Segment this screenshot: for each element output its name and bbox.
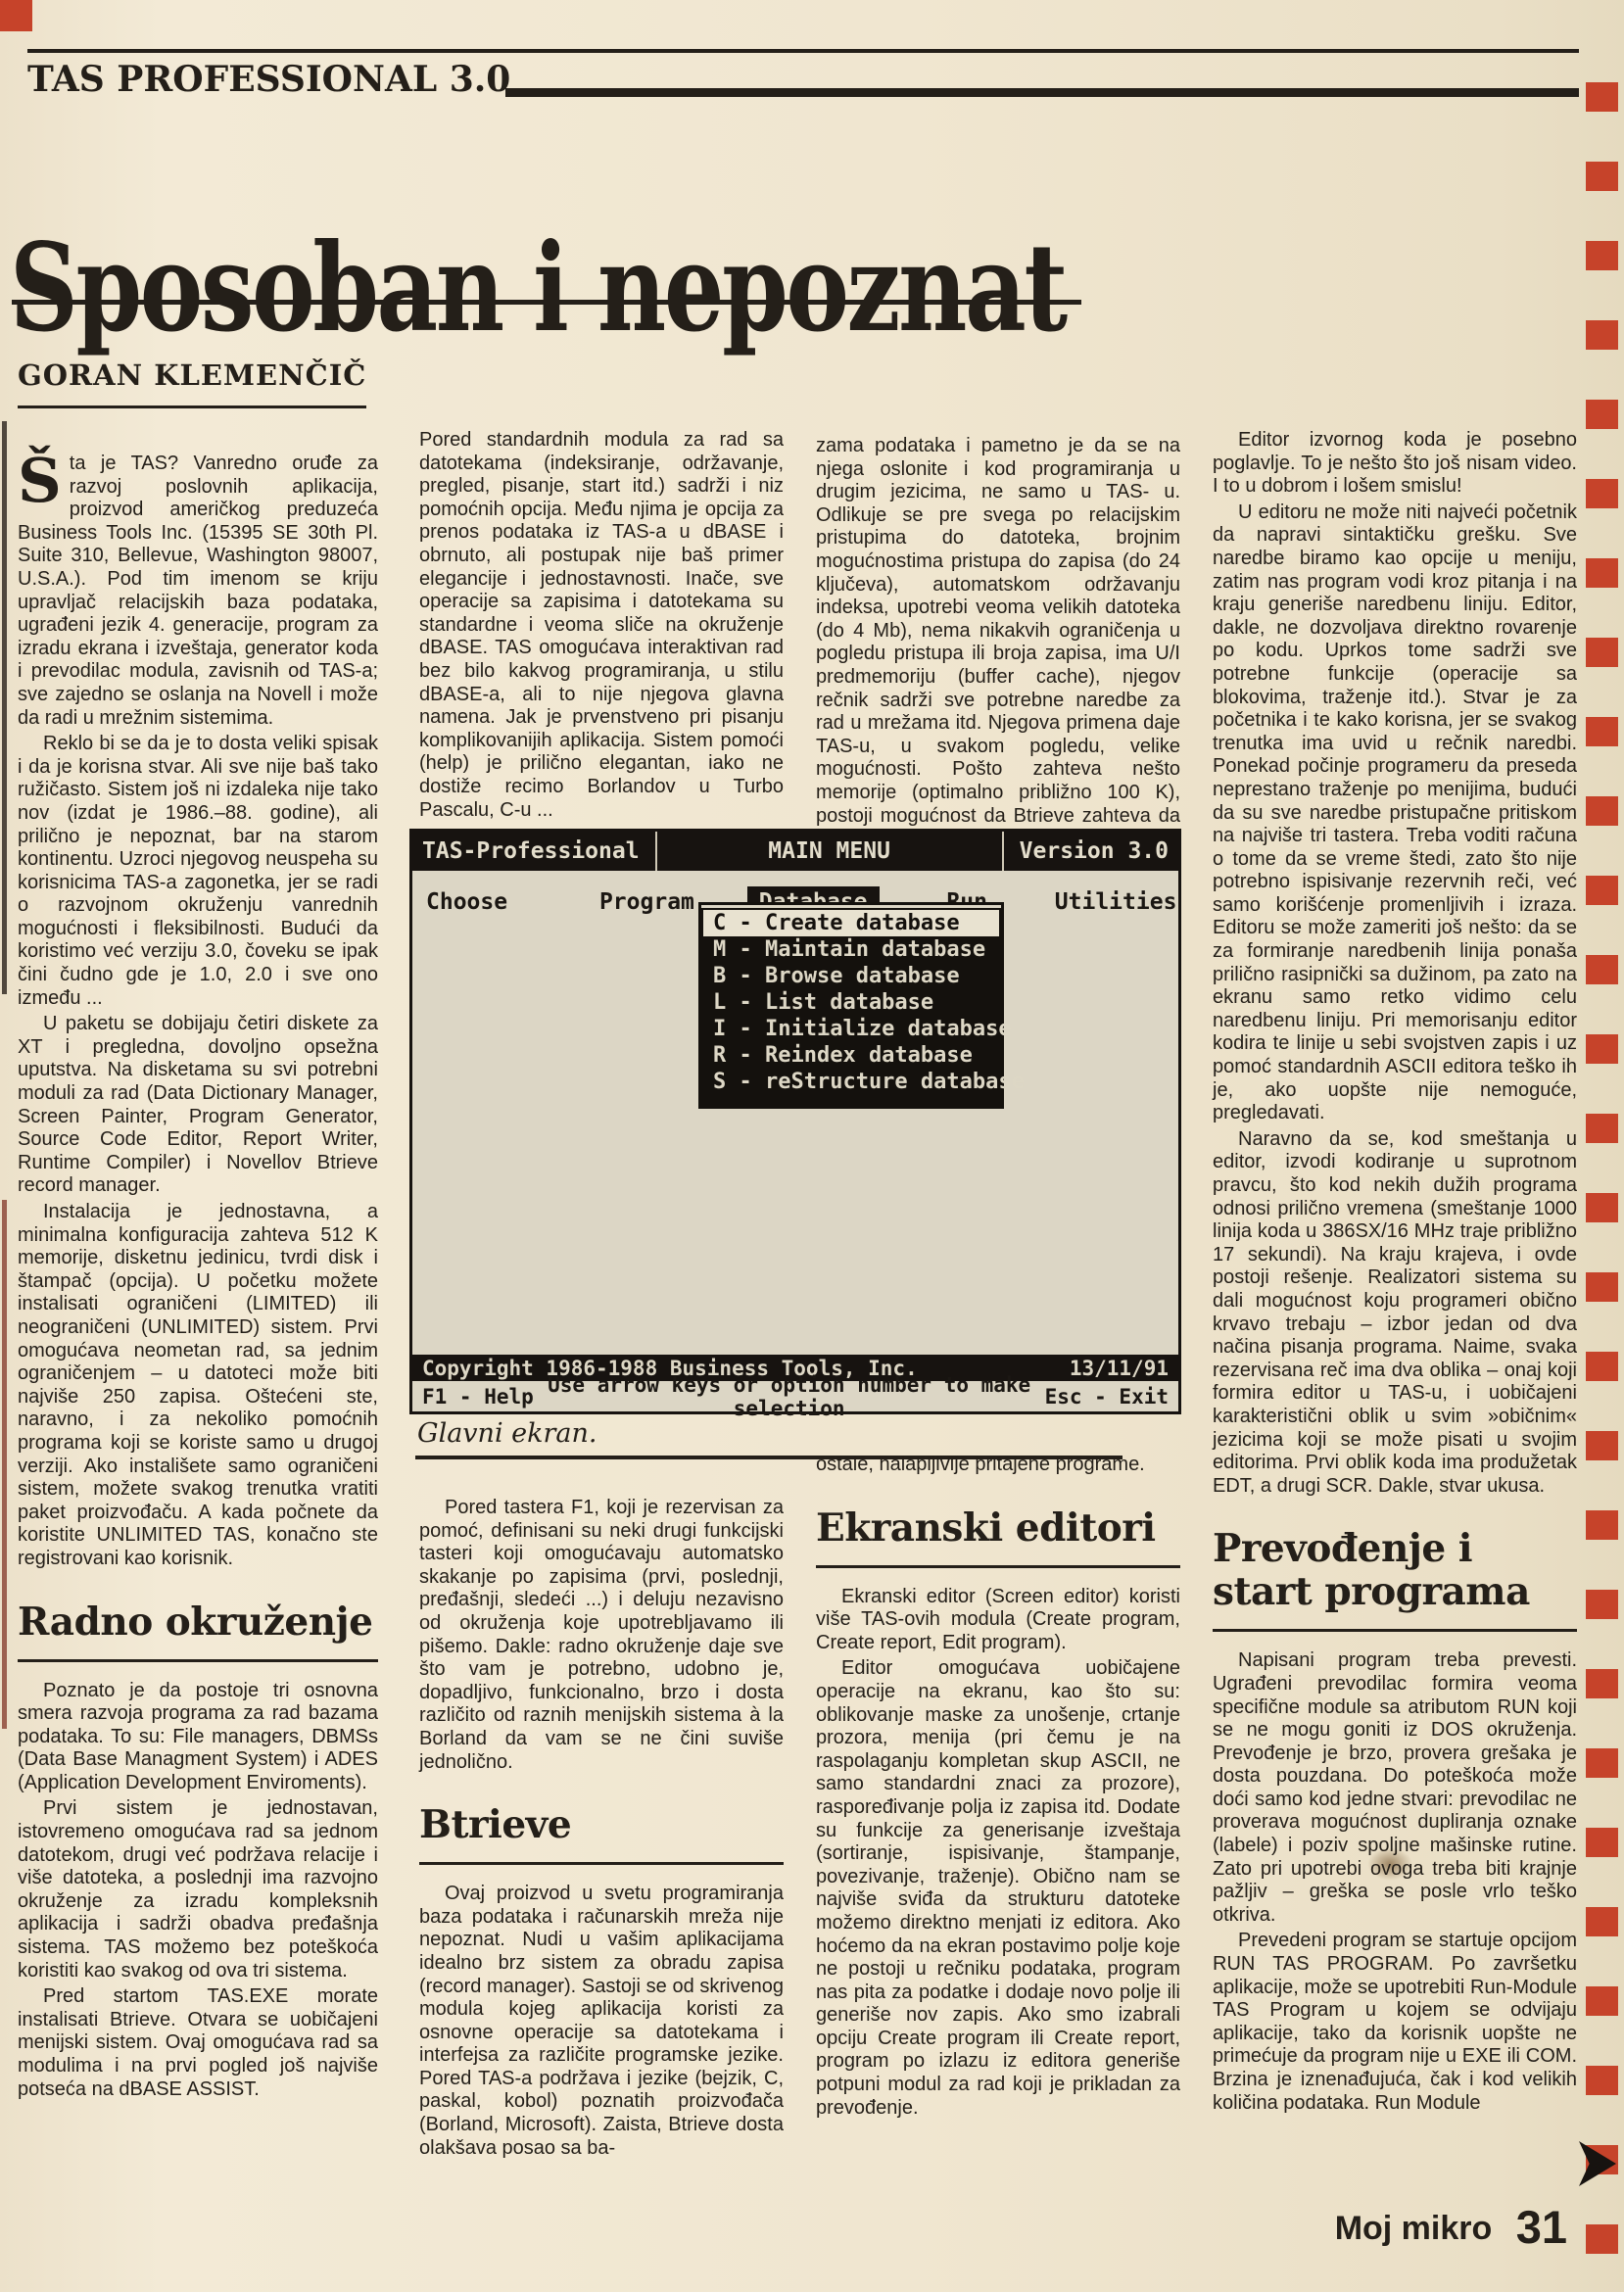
paragraph: Editor omogućava uobičajene operacije na… bbox=[816, 1657, 1180, 2120]
section-heading-radno-okruzenje: Radno okruženje bbox=[18, 1600, 378, 1662]
paragraph: U paketu se dobijaju četiri diskete za X… bbox=[18, 1013, 378, 1198]
paragraph: Ovaj proizvod u svetu programiranja baza… bbox=[419, 1883, 784, 2160]
dropdown-item-maintain: M - Maintain database bbox=[703, 936, 999, 963]
paragraph: ostale, halapljivije pritajene programe. bbox=[816, 1454, 1180, 1477]
paragraph: Pored tastera F1, koji je rezervisan za … bbox=[419, 1497, 784, 1774]
dos-screen-title: MAIN MENU bbox=[655, 832, 1004, 871]
dropdown-item-restructure: S - reStructure database bbox=[703, 1069, 999, 1095]
scan-gutter-shadow bbox=[2, 421, 7, 994]
dos-status-help: F1 - Help bbox=[422, 1385, 534, 1409]
paragraph: Pred startom TAS.EXE morate instalisati … bbox=[18, 1985, 378, 2101]
paragraph-text: ta je TAS? Vanredno oruđe za razvoj posl… bbox=[18, 453, 378, 729]
dropdown-item-create: C - Create database bbox=[703, 910, 999, 936]
kicker-rule bbox=[505, 88, 1579, 97]
paragraph: Editor izvornog koda je posebno poglavlj… bbox=[1213, 429, 1577, 499]
section-heading-prevodjenje: Prevođenje i start programa bbox=[1213, 1527, 1577, 1632]
dos-statusbar: F1 - Help Use arrow keys or option numbe… bbox=[412, 1381, 1178, 1411]
paragraph: Ekranski editor (Screen editor) koristi … bbox=[816, 1586, 1180, 1655]
column-3-bottom: ostale, halapljivije pritajene programe.… bbox=[816, 1454, 1180, 2123]
scan-gutter-shadow-red bbox=[2, 1200, 7, 1729]
dropdown-item-reindex: R - Reindex database bbox=[703, 1042, 999, 1069]
paragraph: Reklo bi se da je to dosta veliki spisak… bbox=[18, 733, 378, 1010]
page-title: Sposoban i nepoznat bbox=[10, 220, 1066, 358]
paragraph: Napisani program treba prevesti. Ugrađen… bbox=[1213, 1649, 1577, 1927]
title-rule bbox=[12, 300, 1081, 305]
page-edge-index-marks bbox=[1586, 82, 1618, 2257]
column-2-bottom: Pored tastera F1, koji je rezervisan za … bbox=[419, 1497, 784, 2163]
dos-menu-utilities: Utilities bbox=[1055, 889, 1177, 915]
dos-titlebar: TAS-Professional MAIN MENU Version 3.0 bbox=[412, 832, 1178, 871]
column-4: Editor izvornog koda je posebno poglavlj… bbox=[1213, 429, 1577, 2118]
paragraph: Pored standardnih modula za rad sa datot… bbox=[419, 429, 784, 822]
header-top-rule bbox=[27, 49, 1579, 53]
dos-app-name: TAS-Professional bbox=[422, 838, 640, 864]
paragraph: Prevedeni program se startuje opcijom RU… bbox=[1213, 1930, 1577, 2115]
column-1: Šta je TAS? Vanredno oruđe za razvoj pos… bbox=[18, 453, 378, 2104]
figure-caption: Glavni ekran. bbox=[417, 1418, 597, 1449]
article-kicker: TAS PROFESSIONAL 3.0 bbox=[27, 59, 510, 100]
paragraph: Prvi sistem je jednostavan, istovremeno … bbox=[18, 1797, 378, 1982]
dos-menu-choose: Choose bbox=[426, 889, 507, 915]
section-heading-ekranski-editori: Ekranski editori bbox=[816, 1506, 1180, 1568]
paragraph: zama podataka i pametno je da se na njeg… bbox=[816, 435, 1180, 851]
dos-dropdown-list: C - Create database M - Maintain databas… bbox=[701, 908, 1001, 1099]
dos-status-hint: Use arrow keys or option number to make … bbox=[534, 1373, 1045, 1420]
dropdown-item-list: L - List database bbox=[703, 989, 999, 1016]
paragraph: U editoru ne može niti najveći početnik … bbox=[1213, 501, 1577, 1125]
dos-date: 13/11/91 bbox=[1070, 1357, 1169, 1380]
paragraph: Instalacija je jednostavna, a minimalna … bbox=[18, 1201, 378, 1571]
dos-screenshot-figure: TAS-Professional MAIN MENU Version 3.0 C… bbox=[409, 829, 1181, 1414]
dos-menu-program: Program bbox=[599, 889, 694, 915]
author-block: GORAN KLEMENČIČ bbox=[18, 358, 382, 408]
dropdown-item-initialize: I - Initialize database bbox=[703, 1016, 999, 1042]
dos-version-label: Version 3.0 bbox=[1020, 838, 1169, 864]
page-footer: Moj mikro 31 bbox=[1205, 2200, 1567, 2254]
section-heading-btrieve: Btrieve bbox=[419, 1803, 784, 1865]
dos-status-exit: Esc - Exit bbox=[1045, 1385, 1169, 1409]
corner-index-mark bbox=[0, 0, 32, 31]
paragraph: Naravno da se, kod smeštanja u editor, i… bbox=[1213, 1128, 1577, 1499]
dos-database-dropdown: C - Create database M - Maintain databas… bbox=[698, 902, 1004, 1109]
column-2-top: Pored standardnih modula za rad sa datot… bbox=[419, 429, 784, 825]
author-rule bbox=[18, 406, 366, 408]
column-3-top: zama podataka i pametno je da se na njeg… bbox=[816, 435, 1180, 854]
author-name: GORAN KLEMENČIČ bbox=[18, 358, 382, 392]
dropdown-item-browse: B - Browse database bbox=[703, 963, 999, 989]
magazine-page: TAS PROFESSIONAL 3.0 Sposoban i nepoznat… bbox=[0, 0, 1624, 2292]
paragraph: Poznato je da postoje tri osnovna smera … bbox=[18, 1680, 378, 1795]
page-number: 31 bbox=[1516, 2201, 1567, 2253]
paragraph: Šta je TAS? Vanredno oruđe za razvoj pos… bbox=[18, 453, 378, 730]
magazine-name: Moj mikro bbox=[1335, 2210, 1493, 2247]
drop-cap: Š bbox=[18, 453, 70, 505]
